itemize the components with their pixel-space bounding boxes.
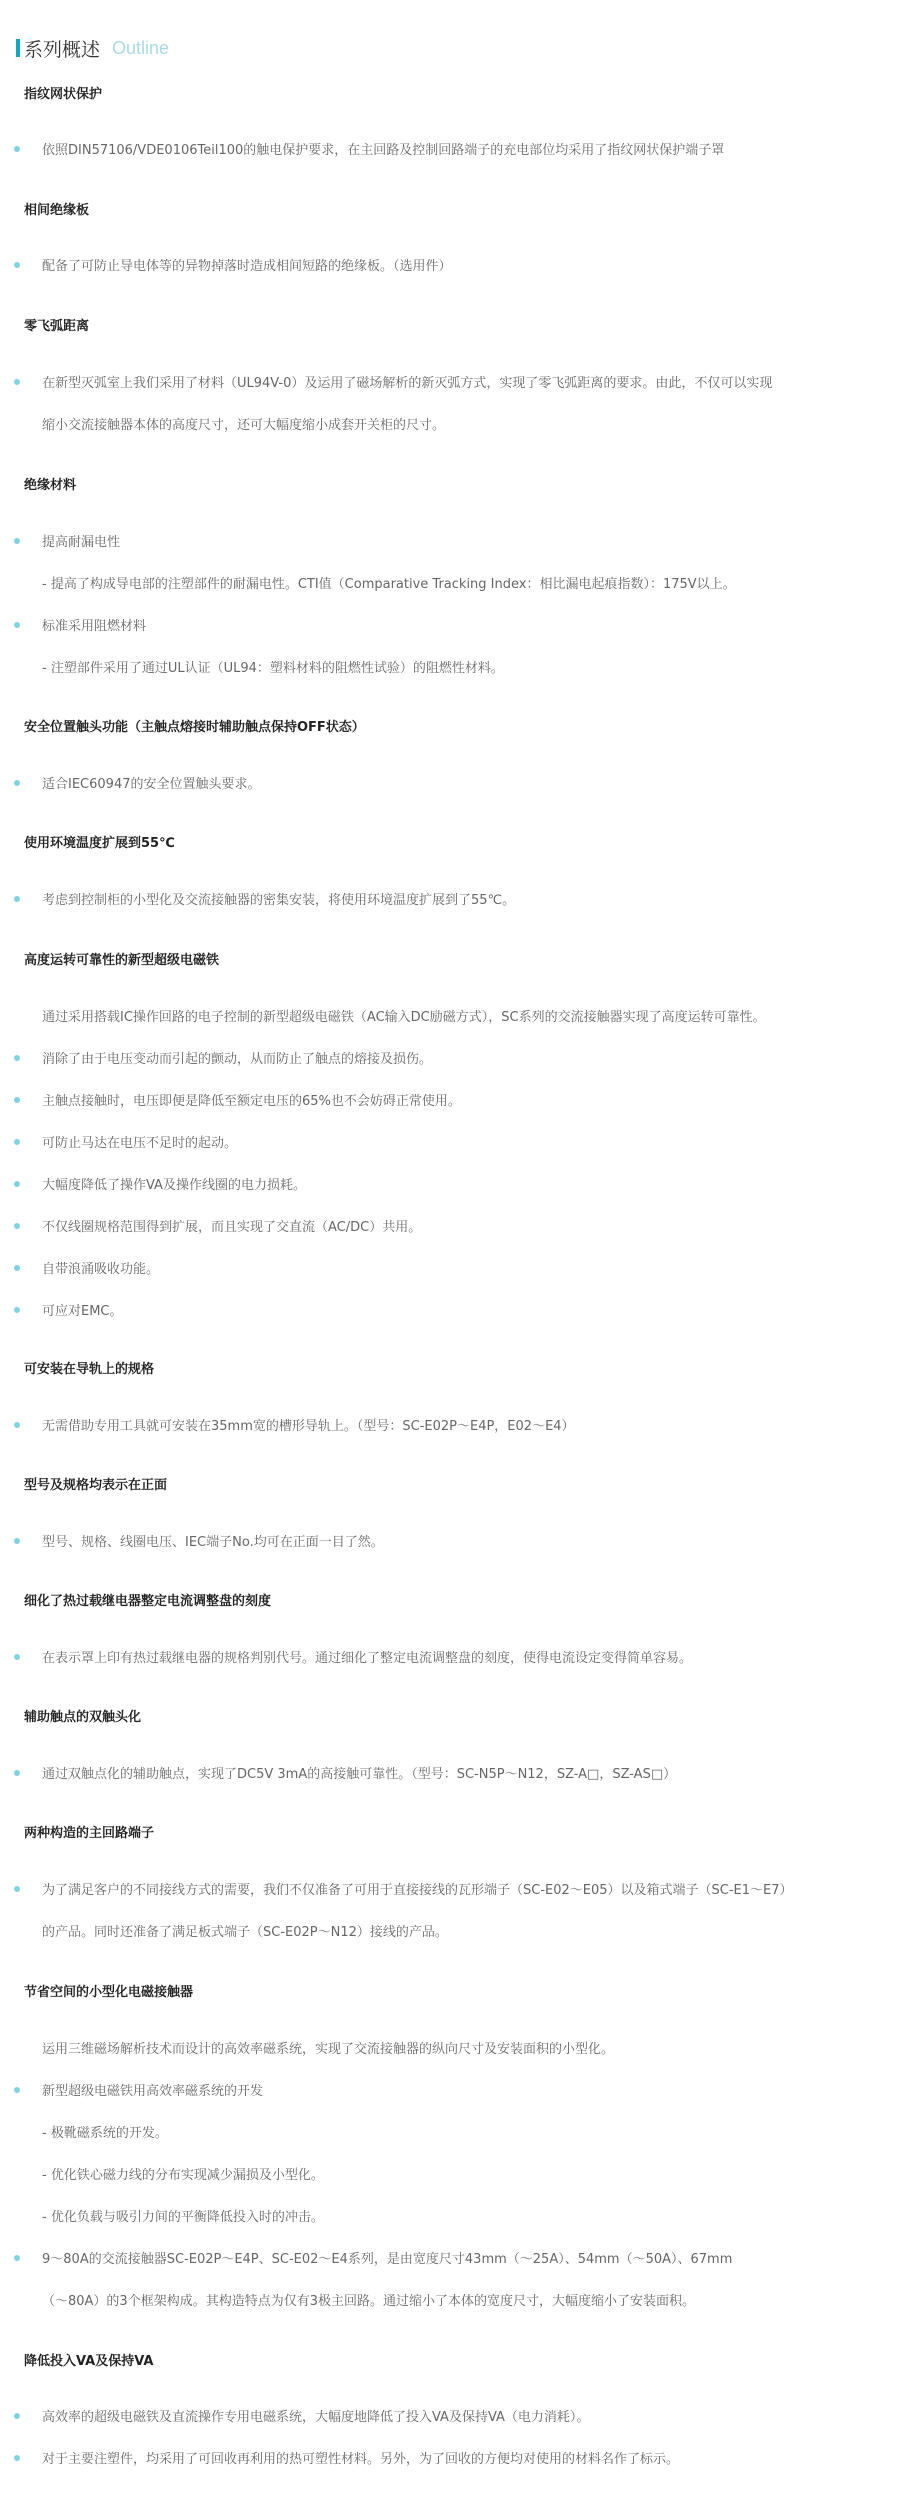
- list-item: 无需借助专用工具就可安装在35mm宽的槽形导轨上。（型号：SC-E02P～E4P…: [42, 1415, 575, 1434]
- list-item: 通过双触点化的辅助触点，实现了DC5V 3mA的高接触可靠性。（型号：SC-N5…: [42, 1763, 676, 1782]
- title-en: Outline: [112, 38, 169, 59]
- bullet-dot-icon: [14, 1055, 20, 1061]
- bullet-dot-icon: [14, 1097, 20, 1103]
- list-item: 提高耐漏电性: [42, 531, 120, 550]
- list-item: 对于主要注塑件，均采用了可回收再利用的热可塑性材料。另外，为了回收的方便均对使用…: [42, 2448, 679, 2467]
- list-item: 依照DIN57106/VDE0106Teil100的触电保护要求，在主回路及控制…: [42, 139, 724, 158]
- bullet-dot-icon: [14, 780, 20, 786]
- section-title: 系列概述 Outline: [16, 37, 169, 59]
- list-item: 消除了由于电压变动而引起的颤动，从而防止了触点的熔接及损伤。: [42, 1048, 432, 1067]
- bullet-dot-icon: [14, 1770, 20, 1776]
- list-item: 大幅度降低了操作VA及操作线圈的电力损耗。: [42, 1174, 306, 1193]
- list-item: 不仅线圈规格范围得到扩展，而且实现了交直流（AC/DC）共用。: [42, 1216, 421, 1235]
- list-item-continuation: 的产品。同时还准备了满足板式端子（SC-E02P～N12）接线的产品。: [42, 1921, 448, 1940]
- list-item: 适合IEC60947的安全位置触头要求。: [42, 773, 260, 792]
- list-item: 自带浪涌吸收功能。: [42, 1258, 159, 1277]
- bullet-dot-icon: [14, 2087, 20, 2093]
- heading-thermal-relay: 细化了热过载继电器整定电流调整盘的刻度: [24, 1590, 271, 1609]
- title-accent-bar: [16, 39, 20, 57]
- bullet-dot-icon: [14, 896, 20, 902]
- list-item: 标准采用阻燃材料: [42, 615, 146, 634]
- bullet-dot-icon: [14, 1223, 20, 1229]
- list-item: 可应对EMC。: [42, 1300, 123, 1319]
- list-item: 型号、规格、线圈电压、IEC端子No.均可在正面一目了然。: [42, 1531, 384, 1550]
- bullet-dot-icon: [14, 1181, 20, 1187]
- heading-main-terminals: 两种构造的主回路端子: [24, 1822, 154, 1841]
- list-item: 配备了可防止导电体等的异物掉落时造成相间短路的绝缘板。（选用件）: [42, 255, 452, 274]
- heading-finger-protection: 指纹网状保护: [24, 83, 102, 102]
- title-cn: 系列概述: [24, 35, 100, 62]
- list-item-continuation: （～80A）的3个框架构成。其构造特点为仅有3极主回路。通过缩小了本体的宽度尺寸…: [42, 2290, 695, 2309]
- heading-super-magnet: 高度运转可靠性的新型超级电磁铁: [24, 949, 219, 968]
- heading-rail-mount: 可安装在导轨上的规格: [24, 1358, 154, 1377]
- heading-reduced-va: 降低投入VA及保持VA: [24, 2350, 153, 2369]
- bullet-dot-icon: [14, 379, 20, 385]
- bullet-dot-icon: [14, 1265, 20, 1271]
- paragraph: 通过采用搭载IC操作回路的电子控制的新型超级电磁铁（AC输入DC励磁方式），SC…: [42, 1006, 766, 1025]
- bullet-dot-icon: [14, 2455, 20, 2461]
- bullet-dot-icon: [14, 1307, 20, 1313]
- paragraph: 运用三维磁场解析技术而设计的高效率磁系统，实现了交流接触器的纵向尺寸及安装面积的…: [42, 2038, 614, 2057]
- list-item: 新型超级电磁铁用高效率磁系统的开发: [42, 2080, 263, 2099]
- bullet-dot-icon: [14, 1886, 20, 1892]
- bullet-dot-icon: [14, 2413, 20, 2419]
- list-item: 为了满足客户的不同接线方式的需要，我们不仅准备了可用于直接接线的瓦形端子（SC-…: [42, 1879, 793, 1898]
- list-item: 高效率的超级电磁铁及直流操作专用电磁系统，大幅度地降低了投入VA及保持VA（电力…: [42, 2406, 589, 2425]
- list-item: 在新型灭弧室上我们采用了材料（UL94V-0）及运用了磁场解析的新灭弧方式，实现…: [42, 372, 772, 391]
- heading-aux-contact: 辅助触点的双触头化: [24, 1706, 141, 1725]
- list-sub-item: - 优化负载与吸引力间的平衡降低投入时的冲击。: [42, 2206, 324, 2225]
- bullet-dot-icon: [14, 146, 20, 152]
- list-item-continuation: 缩小交流接触器本体的高度尺寸，还可大幅度缩小成套开关柜的尺寸。: [42, 414, 445, 433]
- list-sub-item: - 极靴磁系统的开发。: [42, 2122, 168, 2141]
- bullet-dot-icon: [14, 622, 20, 628]
- heading-safety-contact: 安全位置触头功能（主触点熔接时辅助触点保持OFF状态）: [24, 716, 365, 735]
- list-item: 在表示罩上印有热过载继电器的规格判别代号。通过细化了整定电流调整盘的刻度，使得电…: [42, 1647, 692, 1666]
- bullet-dot-icon: [14, 1422, 20, 1428]
- heading-compact-contactor: 节省空间的小型化电磁接触器: [24, 1981, 193, 2000]
- heading-zero-arc: 零飞弧距离: [24, 315, 89, 334]
- heading-insulation-material: 绝缘材料: [24, 474, 76, 493]
- list-item: 9～80A的交流接触器SC-E02P～E4P、SC-E02～E4系列，是由宽度尺…: [42, 2248, 732, 2267]
- list-sub-item: - 提高了构成导电部的注塑部件的耐漏电性。CTI值（Comparative Tr…: [42, 573, 736, 592]
- bullet-dot-icon: [14, 2255, 20, 2261]
- list-sub-item: - 注塑部件采用了通过UL认证（UL94：塑料材料的阻燃性试验）的阻燃性材料。: [42, 657, 504, 676]
- list-item: 考虑到控制柜的小型化及交流接触器的密集安装，将使用环境温度扩展到了55℃。: [42, 889, 515, 908]
- bullet-dot-icon: [14, 1654, 20, 1660]
- bullet-dot-icon: [14, 262, 20, 268]
- list-item: 可防止马达在电压不足时的起动。: [42, 1132, 237, 1151]
- heading-phase-insulation: 相间绝缘板: [24, 199, 89, 218]
- heading-front-display: 型号及规格均表示在正面: [24, 1474, 167, 1493]
- heading-temperature: 使用环境温度扩展到55℃: [24, 832, 175, 851]
- bullet-dot-icon: [14, 1139, 20, 1145]
- bullet-dot-icon: [14, 538, 20, 544]
- bullet-dot-icon: [14, 1538, 20, 1544]
- list-item: 主触点接触时，电压即便是降低至额定电压的65%也不会妨碍正常使用。: [42, 1090, 461, 1109]
- list-sub-item: - 优化铁心磁力线的分布实现减少漏损及小型化。: [42, 2164, 324, 2183]
